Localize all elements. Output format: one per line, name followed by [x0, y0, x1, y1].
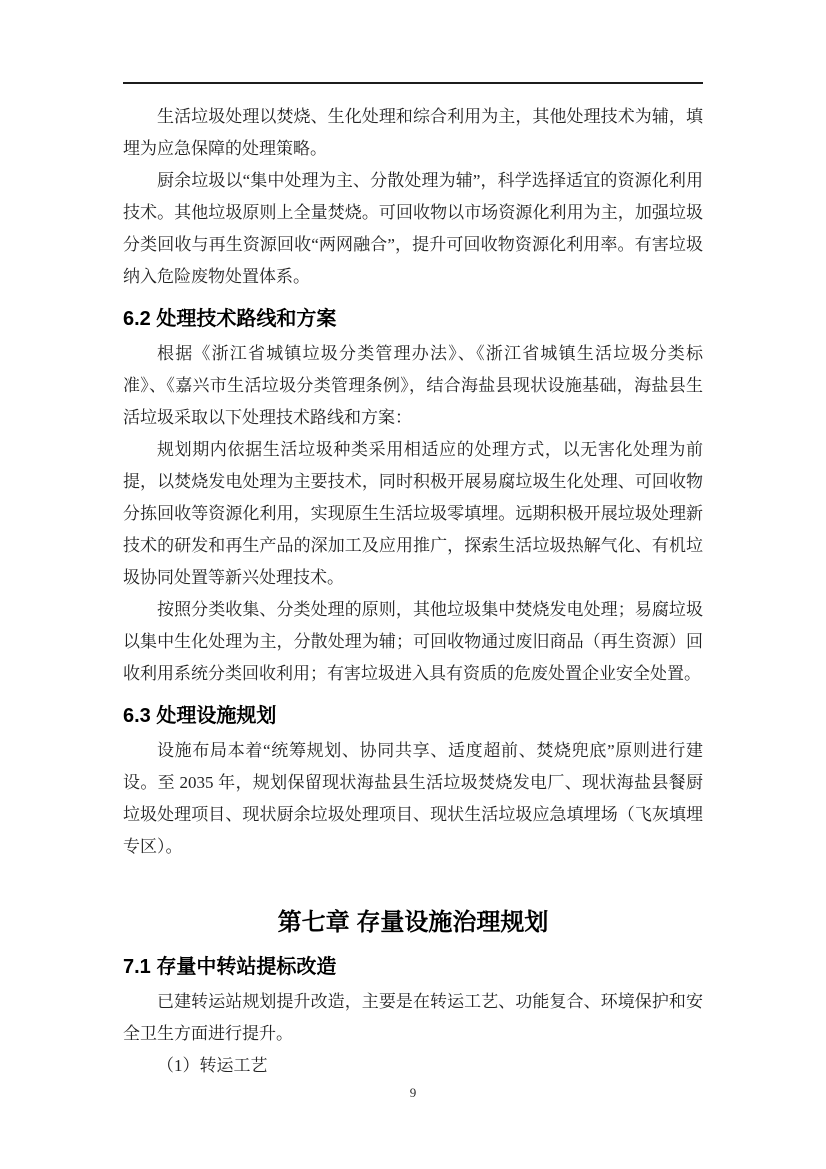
section-heading-6-2: 6.2 处理技术路线和方案: [123, 305, 703, 333]
document-page: 生活垃圾处理以焚烧、生化处理和综合利用为主，其他处理技术为辅，填埋为应急保障的处…: [0, 0, 826, 1169]
paragraph: 根据《浙江省城镇垃圾分类管理办法》、《浙江省城镇生活垃圾分类标准》、《嘉兴市生活…: [123, 338, 703, 434]
paragraph: （1）转运工艺: [123, 1050, 703, 1082]
chapter-title: 第七章 存量设施治理规划: [123, 905, 703, 941]
section-heading-6-3: 6.3 处理设施规划: [123, 702, 703, 730]
paragraph: 设施布局本着“统筹规划、协同共享、适度超前、焚烧兜底”原则进行建设。至 2035…: [123, 735, 703, 863]
page-number: 9: [0, 1085, 826, 1101]
paragraph: 规划期内依据生活垃圾种类采用相适应的处理方式，以无害化处理为前提，以焚烧发电处理…: [123, 434, 703, 594]
section-heading-7-1: 7.1 存量中转站提标改造: [123, 953, 703, 981]
paragraph: 厨余垃圾以“集中处理为主、分散处理为辅”，科学选择适宜的资源化利用技术。其他垃圾…: [123, 165, 703, 293]
header-rule: [123, 82, 703, 84]
paragraph: 已建转运站规划提升改造，主要是在转运工艺、功能复合、环境保护和安全卫生方面进行提…: [123, 986, 703, 1050]
paragraph: 按照分类收集、分类处理的原则，其他垃圾集中焚烧发电处理；易腐垃圾以集中生化处理为…: [123, 594, 703, 690]
paragraph: 生活垃圾处理以焚烧、生化处理和综合利用为主，其他处理技术为辅，填埋为应急保障的处…: [123, 101, 703, 165]
